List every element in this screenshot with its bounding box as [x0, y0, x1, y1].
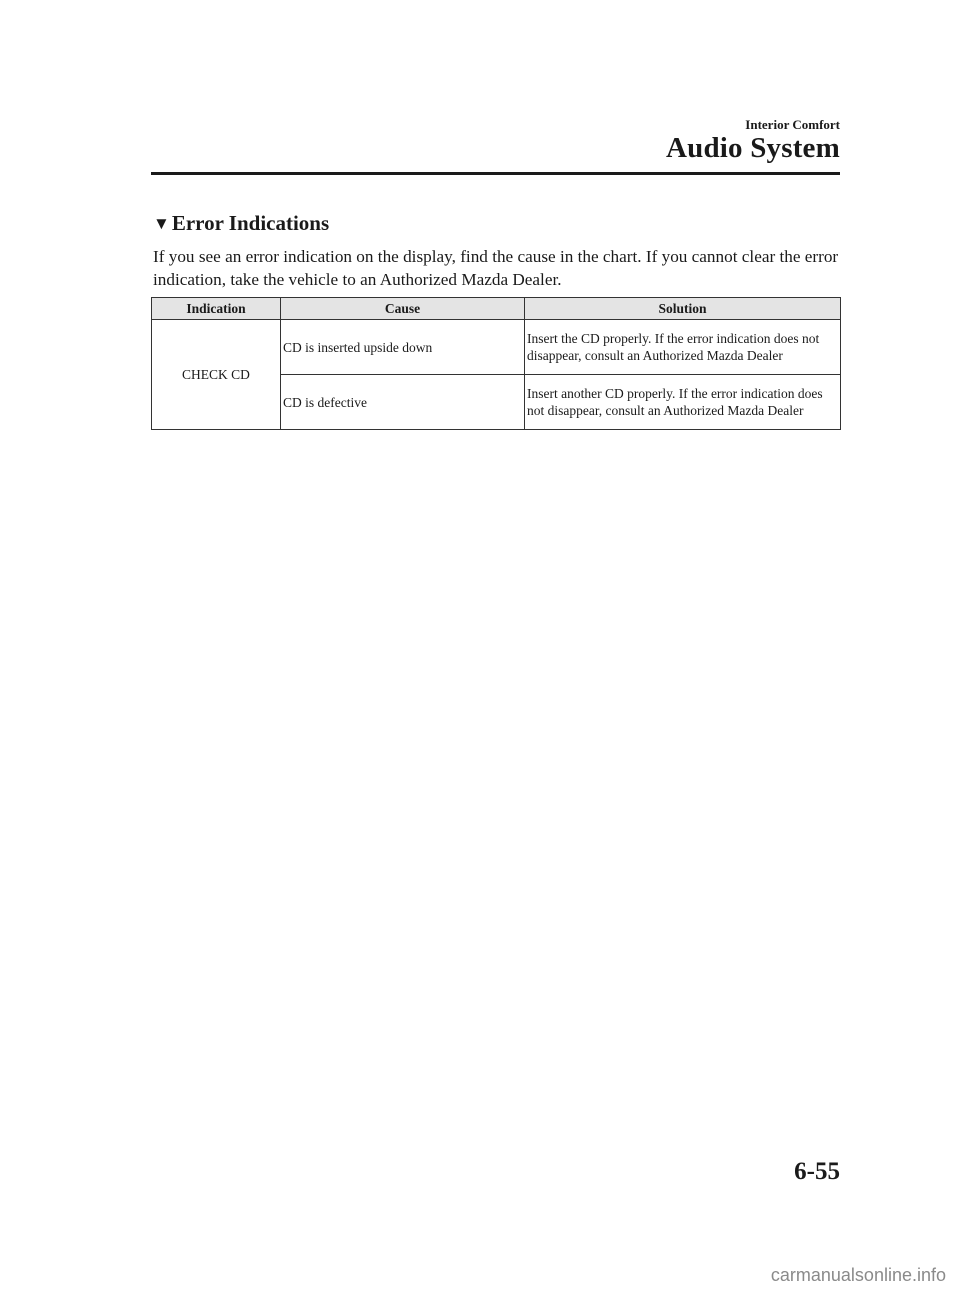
cause-cell: CD is defective — [281, 375, 525, 430]
section-label: Interior Comfort — [745, 117, 840, 133]
error-table: Indication Cause Solution CHECK CD CD is… — [151, 297, 841, 430]
section-heading: ▼ Error Indications — [153, 211, 329, 236]
header-indication: Indication — [152, 298, 281, 320]
table-row: CHECK CD CD is inserted upside down Inse… — [152, 320, 841, 375]
solution-cell: Insert another CD properly. If the error… — [525, 375, 841, 430]
intro-paragraph: If you see an error indication on the di… — [153, 245, 853, 291]
watermark-link[interactable]: carmanualsonline.info — [771, 1265, 946, 1286]
table-header-row: Indication Cause Solution — [152, 298, 841, 320]
header-solution: Solution — [525, 298, 841, 320]
down-triangle-icon: ▼ — [153, 214, 170, 234]
header-cause: Cause — [281, 298, 525, 320]
section-title: Error Indications — [172, 211, 329, 236]
indication-cell: CHECK CD — [152, 320, 281, 430]
solution-cell: Insert the CD properly. If the error ind… — [525, 320, 841, 375]
page-number: 6-55 — [794, 1158, 840, 1186]
cause-cell: CD is inserted upside down — [281, 320, 525, 375]
header-rule — [151, 172, 840, 175]
chapter-title: Audio System — [666, 132, 840, 165]
